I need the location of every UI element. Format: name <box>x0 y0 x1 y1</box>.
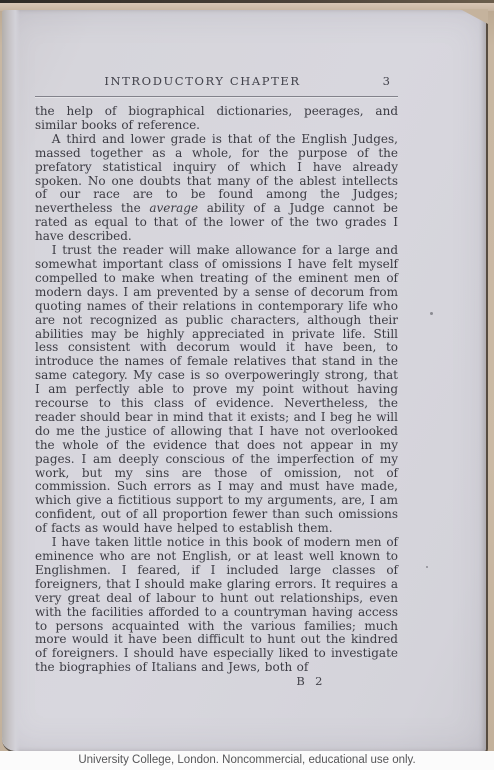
paragraph-judges: A third and lower grade is that of the E… <box>35 133 398 244</box>
page-corner-chip <box>460 9 488 24</box>
body-text: the help of biographical dictionaries, p… <box>35 105 398 689</box>
paper-speck <box>426 566 428 568</box>
paragraph-continuation: the help of biographical dictionaries, p… <box>35 105 398 133</box>
photo-top-shadow <box>0 0 494 3</box>
book-page: INTRODUCTORY CHAPTER 3 the help of biogr… <box>2 10 488 753</box>
copyright-caption: University College, London. Noncommercia… <box>78 754 415 766</box>
italic-word: average <box>149 201 198 215</box>
caption-strip: University College, London. Noncommercia… <box>0 751 494 770</box>
page-content: INTRODUCTORY CHAPTER 3 the help of biogr… <box>35 74 398 689</box>
paragraph-foreigners: I have taken little notice in this book … <box>35 536 398 675</box>
scanned-book-photo: INTRODUCTORY CHAPTER 3 the help of biogr… <box>0 0 494 770</box>
page-header: INTRODUCTORY CHAPTER 3 <box>35 74 398 89</box>
page-left-edge-shade <box>2 10 20 751</box>
paragraph-omissions: I trust the reader will make allowance f… <box>35 244 398 536</box>
running-title: INTRODUCTORY CHAPTER <box>35 74 398 88</box>
printers-signature: B 2 <box>296 675 398 689</box>
paper-speck <box>430 312 433 315</box>
page-number: 3 <box>383 74 390 88</box>
header-rule <box>35 96 398 97</box>
